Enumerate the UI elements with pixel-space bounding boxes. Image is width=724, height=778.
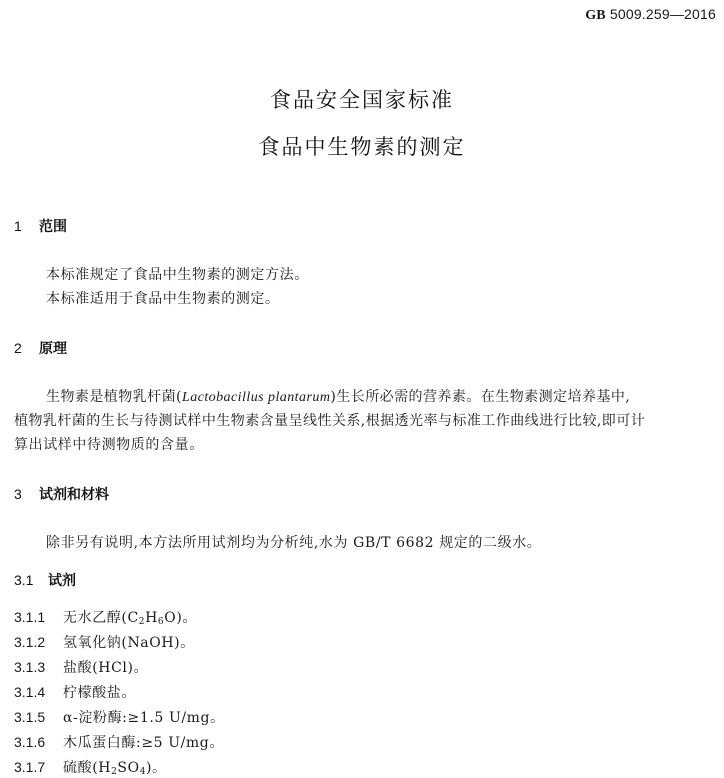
- subsection-title: 试剂: [48, 573, 76, 589]
- reagent-text: 硫酸(H2SO4)。: [63, 760, 167, 776]
- reagent-item: 3.1.3盐酸(HCl)。: [14, 657, 148, 677]
- reagent-number: 3.1.2: [14, 634, 63, 650]
- document-title-main: 食品安全国家标准: [0, 84, 724, 114]
- reagent-item: 3.1.7硫酸(H2SO4)。: [14, 757, 167, 777]
- reagent-text: 木瓜蛋白酶:≥5 U/mg。: [63, 735, 224, 751]
- reagent-number: 3.1.5: [14, 709, 63, 725]
- reagent-number: 3.1.4: [14, 684, 63, 700]
- section-title: 范围: [39, 219, 67, 235]
- reagent-text: 氢氧化钠(NaOH)。: [63, 635, 195, 651]
- reagent-text: α-淀粉酶:≥1.5 U/mg。: [63, 710, 225, 726]
- subsection-heading-reagents: 3.1试剂: [14, 570, 76, 590]
- reagent-text: 无水乙醇(C2H6O)。: [63, 610, 197, 626]
- reagent-number: 3.1.1: [14, 609, 63, 625]
- species-name: Lactobacillus plantarum: [182, 390, 330, 405]
- principle-text: 生物素是植物乳杆菌(: [46, 389, 182, 405]
- section-heading-principle: 2原理: [14, 338, 67, 358]
- reagents-intro-paragraph: 除非另有说明,本方法所用试剂均为分析纯,水为 GB/T 6682 规定的二级水。: [46, 532, 541, 552]
- document-title-sub: 食品中生物素的测定: [0, 131, 724, 161]
- section-number: 3: [14, 486, 39, 502]
- reagent-text: 盐酸(HCl)。: [63, 660, 148, 676]
- scope-paragraph-2: 本标准适用于食品中生物素的测定。: [46, 288, 280, 308]
- principle-paragraph-line-2: 植物乳杆菌的生长与待测试样中生物素含量呈线性关系,根据透光率与标准工作曲线进行比…: [14, 410, 645, 430]
- reagent-number: 3.1.7: [14, 759, 63, 775]
- standard-code-number: 5009.259—2016: [610, 6, 716, 22]
- reagent-number: 3.1.3: [14, 659, 63, 675]
- standard-code: GB5009.259—2016: [585, 6, 716, 24]
- reagent-item: 3.1.1无水乙醇(C2H6O)。: [14, 607, 197, 627]
- scope-paragraph-1: 本标准规定了食品中生物素的测定方法。: [46, 264, 309, 284]
- reagent-text: 柠檬酸盐。: [63, 685, 136, 701]
- reagent-item: 3.1.5α-淀粉酶:≥1.5 U/mg。: [14, 707, 225, 727]
- subsection-number: 3.1: [14, 572, 48, 588]
- section-heading-reagents-materials: 3试剂和材料: [14, 484, 109, 504]
- section-number: 2: [14, 340, 39, 356]
- section-title: 原理: [39, 341, 67, 357]
- principle-text: )生长所必需的营养素。在生物素测定培养基中,: [330, 389, 630, 405]
- standard-code-prefix: GB: [585, 8, 606, 23]
- reagent-item: 3.1.2氢氧化钠(NaOH)。: [14, 632, 195, 652]
- section-heading-scope: 1范围: [14, 216, 67, 236]
- reagent-number: 3.1.6: [14, 734, 63, 750]
- section-number: 1: [14, 218, 39, 234]
- principle-paragraph-line-1: 生物素是植物乳杆菌(Lactobacillus plantarum)生长所必需的…: [46, 386, 630, 406]
- reagent-item: 3.1.6木瓜蛋白酶:≥5 U/mg。: [14, 732, 224, 752]
- principle-paragraph-line-3: 算出试样中待测物质的含量。: [14, 434, 204, 454]
- section-title: 试剂和材料: [39, 487, 109, 503]
- reagent-item: 3.1.4柠檬酸盐。: [14, 682, 136, 702]
